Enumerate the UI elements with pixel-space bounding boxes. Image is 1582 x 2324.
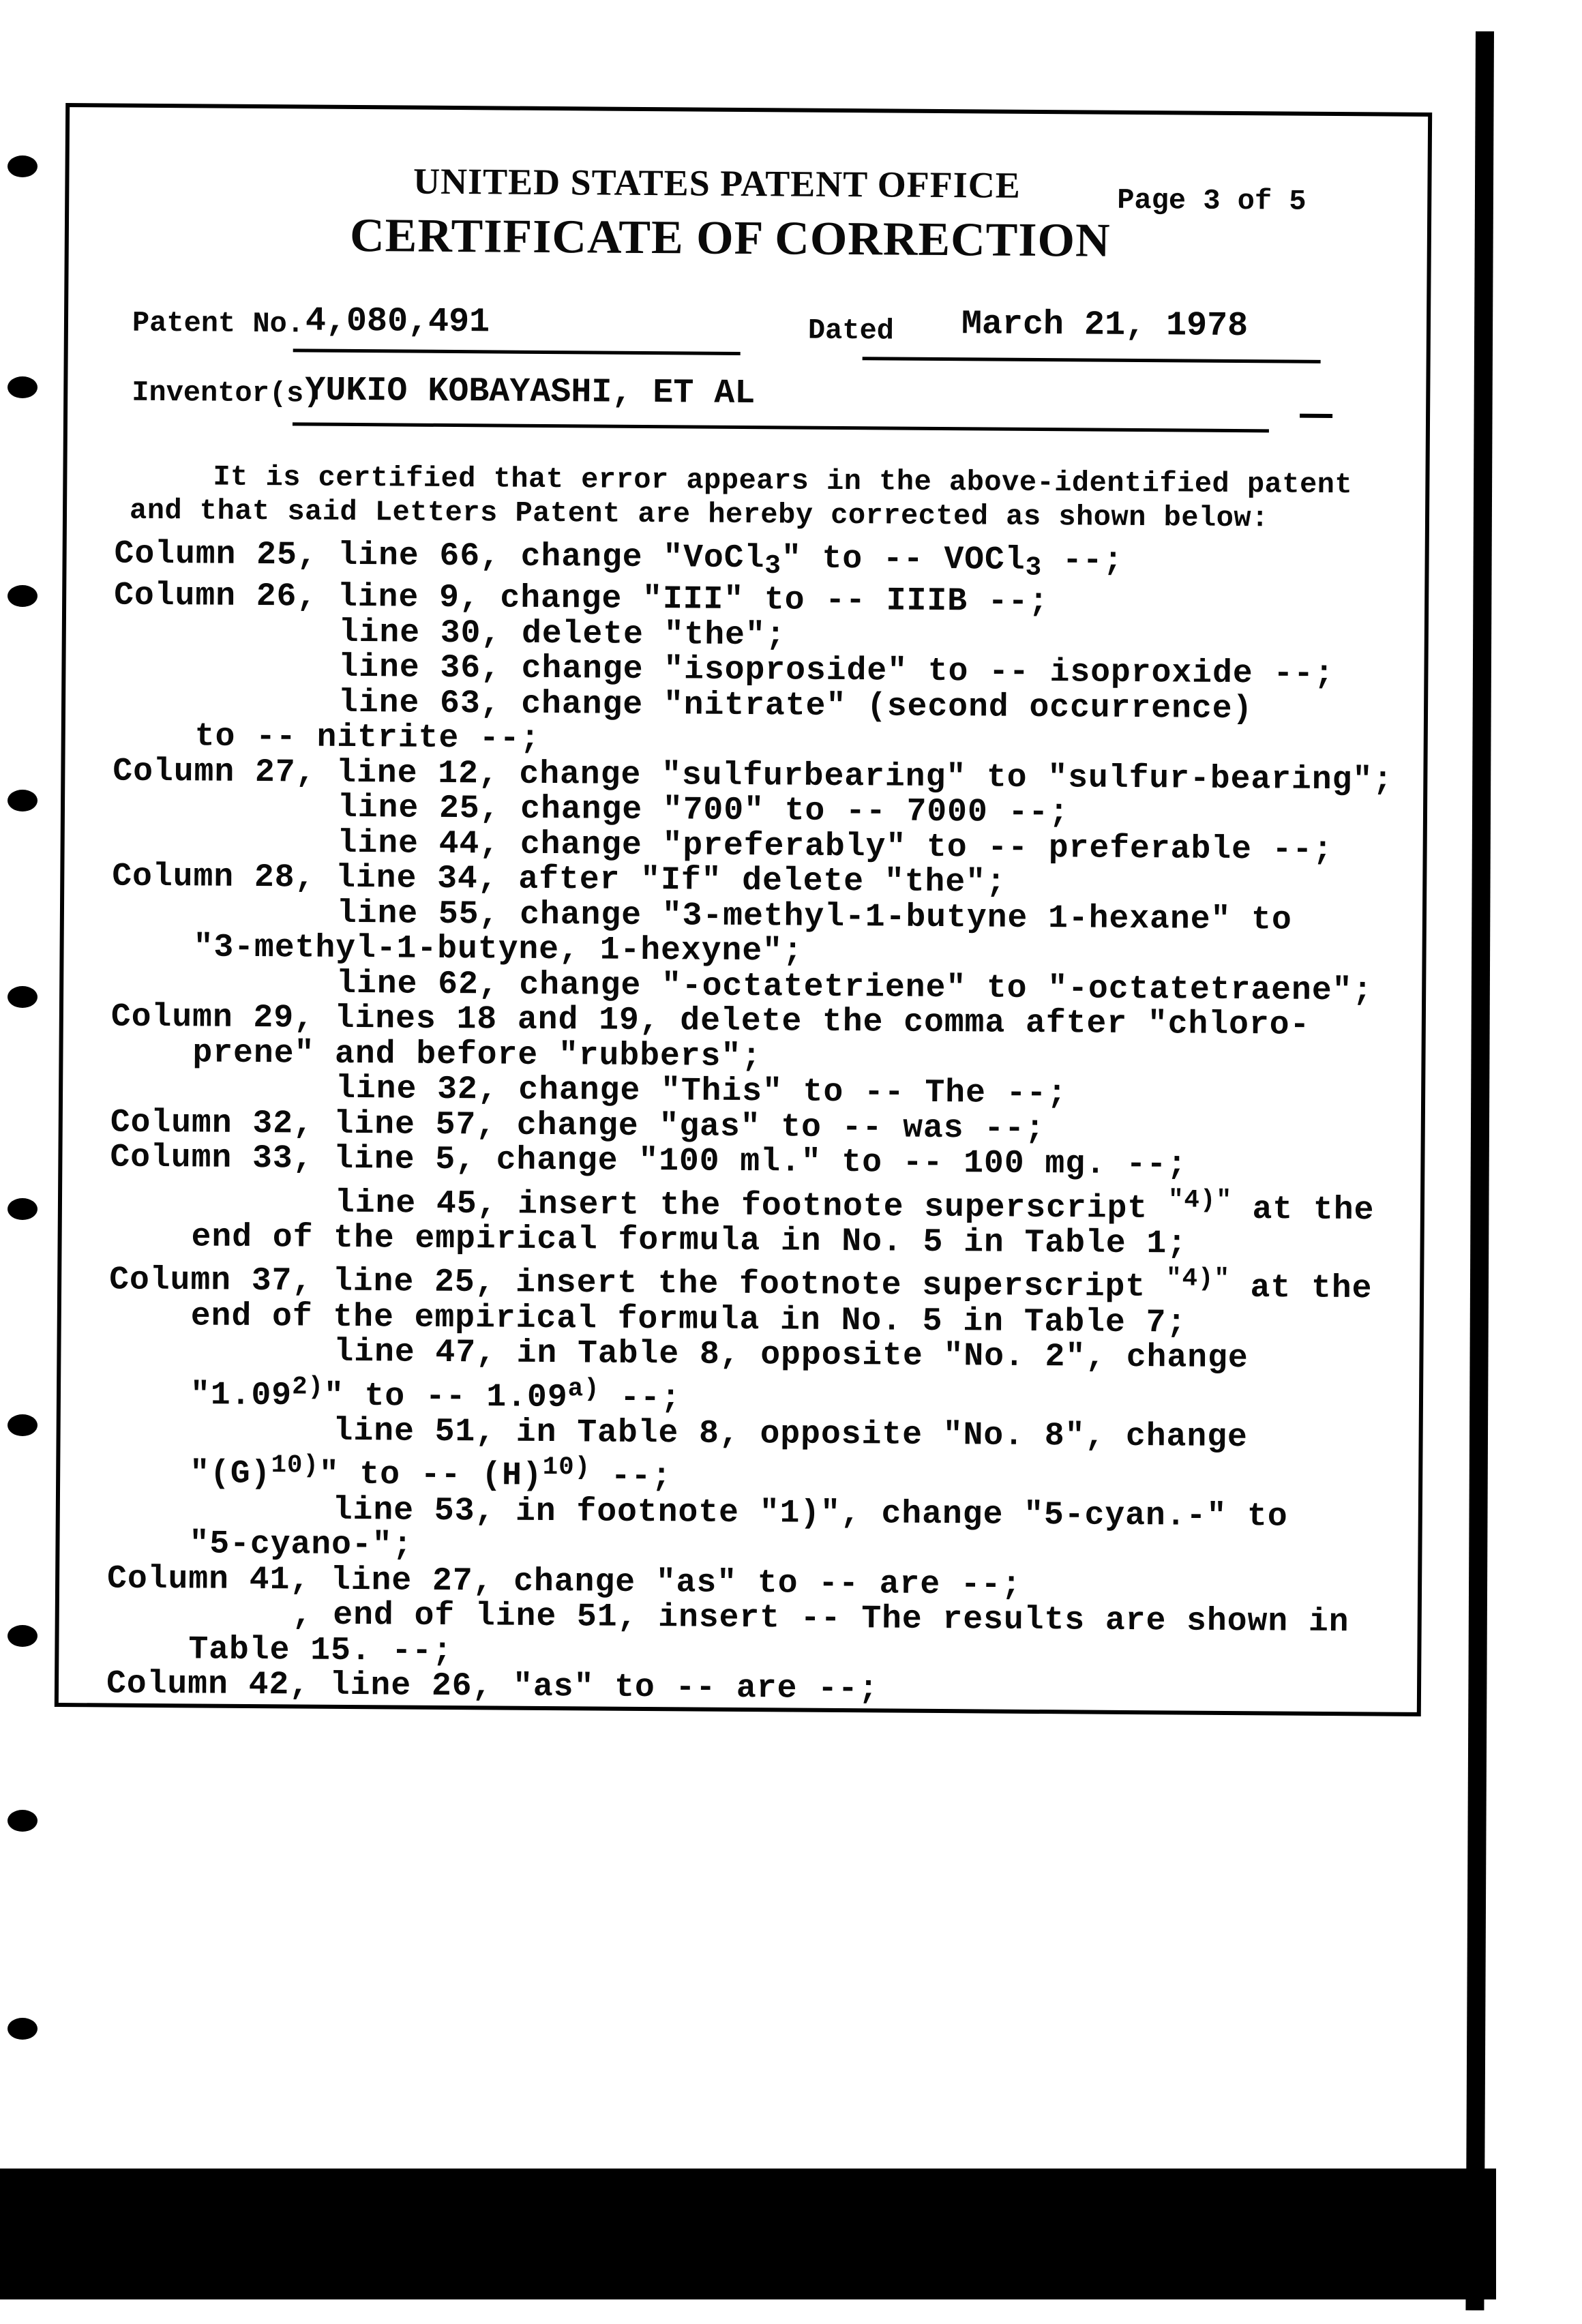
- dated-label: Dated: [808, 314, 894, 348]
- superscript: 10): [543, 1453, 591, 1482]
- hole-punch-dot: [8, 1625, 38, 1647]
- hole-punch-dot: [8, 585, 38, 607]
- superscript: 2): [292, 1373, 324, 1401]
- inventors-underline: [293, 422, 1269, 432]
- inventors-value: YUKIO KOBAYASHI, ET AL: [305, 371, 755, 413]
- dated-value: March 21, 1978: [961, 305, 1248, 346]
- patent-no-underline: [293, 348, 741, 355]
- certificate-document: UNITED STATES PATENT OFFICE Page 3 of 5 …: [55, 103, 1432, 1716]
- patent-no-label: Patent No.: [132, 307, 304, 341]
- subscript: 3: [764, 550, 781, 581]
- superscript: "4)": [1166, 1265, 1230, 1294]
- patent-no-value: 4,080,491: [305, 301, 490, 342]
- page-indicator: Page 3 of 5: [1117, 184, 1307, 218]
- correction-lines: Column 25, line 66, change "VoCl3" to --…: [106, 537, 1417, 1712]
- hole-punch-dot: [8, 986, 38, 1008]
- document-title: CERTIFICATE OF CORRECTION: [69, 207, 1392, 271]
- hole-punch-dot: [8, 1810, 38, 1832]
- subscript: 3: [1025, 552, 1042, 583]
- certification-paragraph: It is certified that error appears in th…: [130, 460, 1392, 537]
- hole-punch-dot: [8, 2018, 38, 2040]
- superscript: "4)": [1168, 1186, 1232, 1215]
- hole-punch-dot: [8, 155, 38, 177]
- superscript: 10): [271, 1451, 319, 1480]
- inventors-label: Inventor(s): [132, 376, 321, 411]
- hole-punch-dot: [8, 1414, 38, 1436]
- scan-artifact-right-bar: [1465, 31, 1494, 2310]
- hole-punch-dot: [8, 790, 38, 811]
- scan-artifact-bottom-bar: [0, 2169, 1496, 2299]
- hole-punch-dot: [8, 1198, 38, 1220]
- hole-punch-dot: [8, 376, 38, 398]
- scanned-page: UNITED STATES PATENT OFFICE Page 3 of 5 …: [0, 0, 1582, 2324]
- stray-mark-dash: [1300, 414, 1332, 418]
- superscript: a): [568, 1375, 600, 1403]
- dated-underline: [863, 357, 1321, 363]
